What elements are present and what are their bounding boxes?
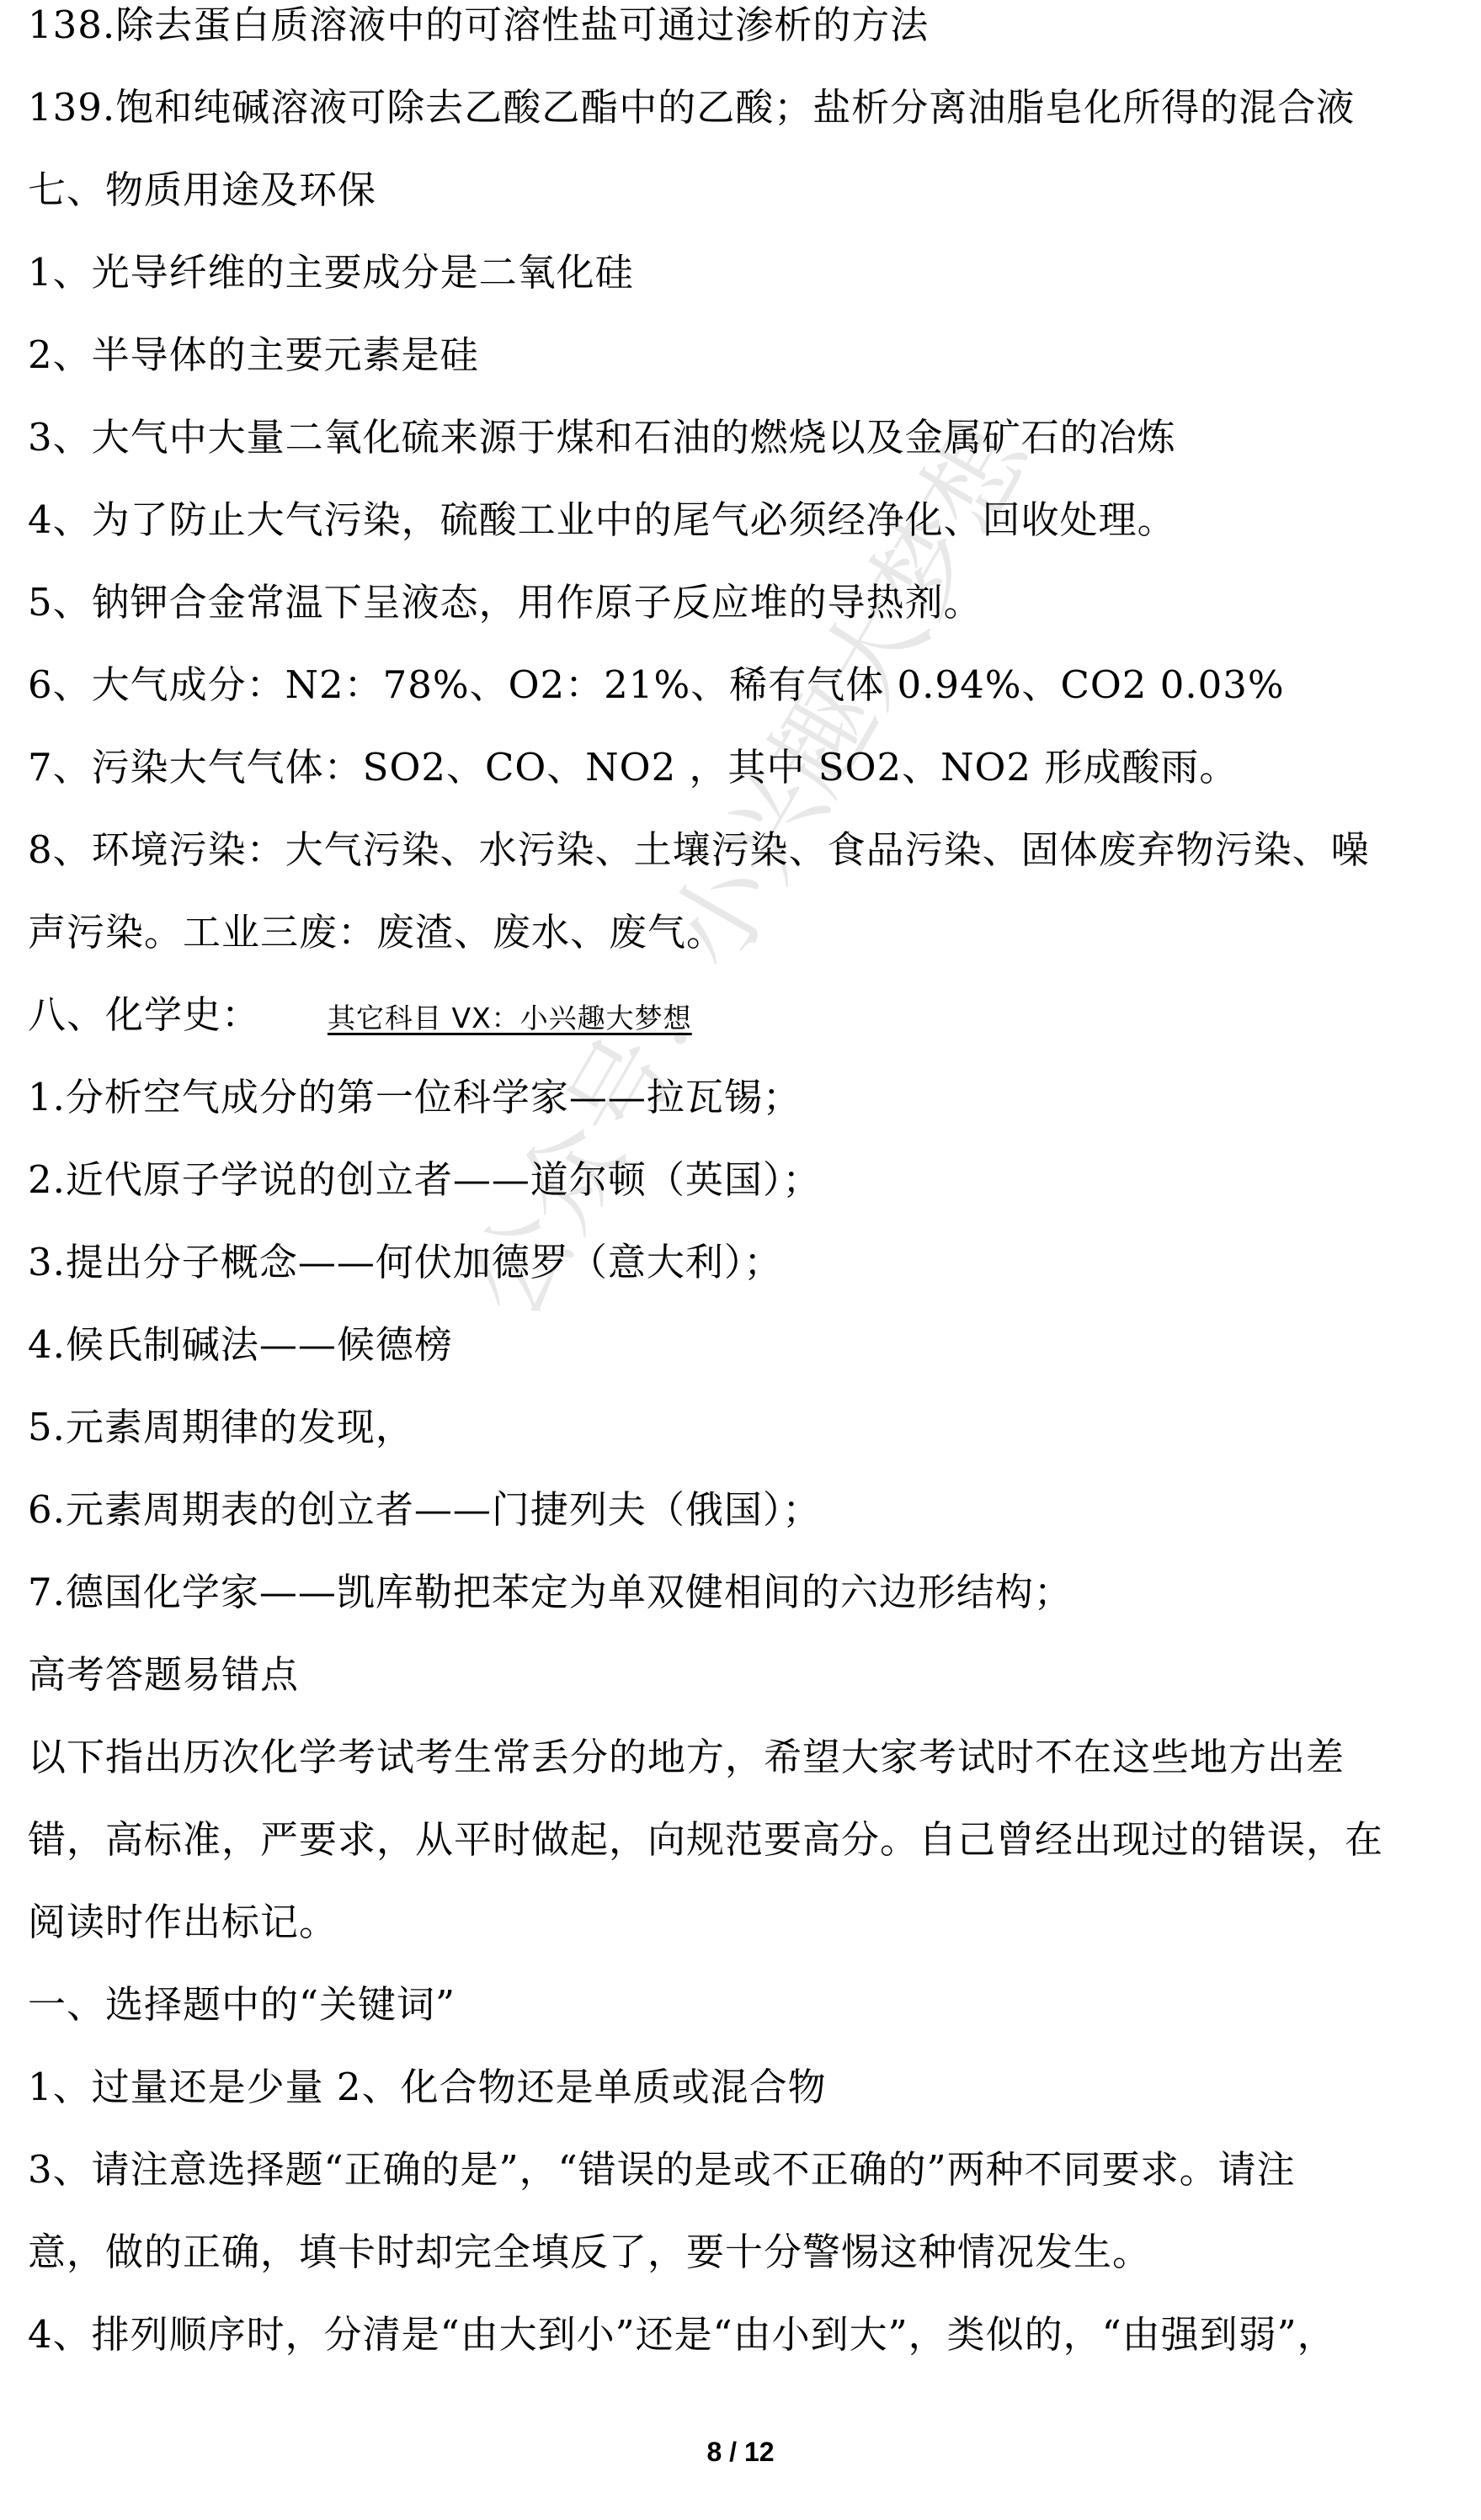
text-line: 5、钠钾合金常温下呈液态，用作原子反应堆的导热剂。 (28, 577, 1464, 660)
text-line: 1、光导纤维的主要成分是二氧化硅 (28, 247, 1464, 330)
text-line: 错，高标准，严要求，从平时做起，向规范要高分。自己曾经出现过的错误，在 (28, 1815, 1464, 1897)
text-line: 4、为了防止大气污染，硫酸工业中的尾气必须经净化、回收处理。 (28, 495, 1464, 577)
section-heading: 七、物质用途及环保 (28, 165, 1464, 247)
text-line: 4.候氏制碱法——候德榜 (28, 1320, 1464, 1402)
section-heading: 高考答题易错点 (28, 1650, 1464, 1732)
text-line: 3.提出分子概念——何伏加德罗（意大利）； (28, 1237, 1464, 1320)
text-line: 8、环境污染：大气污染、水污染、土壤污染、食品污染、固体废弃物污染、噪 (28, 825, 1464, 907)
section-heading: 八、化学史： (28, 992, 260, 1037)
text-line: 1.分析空气成分的第一位科学家——拉瓦锡； (28, 1072, 1464, 1155)
section-heading: 一、选择题中的“关键词” (28, 1980, 1464, 2062)
text-line: 4、排列顺序时，分清是“由大到小”还是“由小到大”，类似的，“由强到弱”， (28, 2310, 1464, 2392)
page-number: 8 / 12 (0, 2437, 1481, 2468)
text-line: 2、半导体的主要元素是硅 (28, 330, 1464, 412)
text-line: 6.元素周期表的创立者——门捷列夫（俄国）； (28, 1485, 1464, 1567)
text-line: 5.元素周期律的发现， (28, 1402, 1464, 1485)
text-line: 以下指出历次化学考试考生常丢分的地方，希望大家考试时不在这些地方出差 (28, 1732, 1464, 1815)
text-line: 阅读时作出标记。 (28, 1897, 1464, 1980)
text-line: 1、过量还是少量 2、化合物还是单质或混合物 (28, 2062, 1464, 2145)
text-line: 3、大气中大量二氧化硫来源于煤和石油的燃烧以及金属矿石的冶炼 (28, 412, 1464, 495)
contact-note-link[interactable]: 其它科目 VX：小兴趣大梦想 (328, 1002, 692, 1034)
text-line: 3、请注意选择题“正确的是”，“错误的是或不正确的”两种不同要求。请注 (28, 2145, 1464, 2227)
document-page: 公众号：小兴趣大梦想 138.除去蛋白质溶液中的可溶性盐可通过渗析的方法 139… (0, 0, 1481, 2520)
text-line: 意，做的正确，填卡时却完全填反了，要十分警惕这种情况发生。 (28, 2227, 1464, 2310)
text-line: 2.近代原子学说的创立者——道尔顿（英国）； (28, 1155, 1464, 1237)
text-line: 7.德国化学家——凯库勒把苯定为单双健相间的六边形结构； (28, 1567, 1464, 1650)
text-line: 7、污染大气气体：SO2、CO、NO2 ，其中 SO2、NO2 形成酸雨。 (28, 742, 1464, 825)
text-line: 声污染。工业三废：废渣、废水、废气。 (28, 907, 1464, 990)
text-line: 138.除去蛋白质溶液中的可溶性盐可通过渗析的方法 (28, 0, 1464, 82)
text-line: 139.饱和纯碱溶液可除去乙酸乙酯中的乙酸；盐析分离油脂皂化所得的混合液 (28, 82, 1464, 165)
text-line: 6、大气成分：N2：78%、O2：21%、稀有气体 0.94%、CO2 0.03… (28, 660, 1464, 742)
section-heading-line: 八、化学史：其它科目 VX：小兴趣大梦想 (28, 990, 1464, 1072)
